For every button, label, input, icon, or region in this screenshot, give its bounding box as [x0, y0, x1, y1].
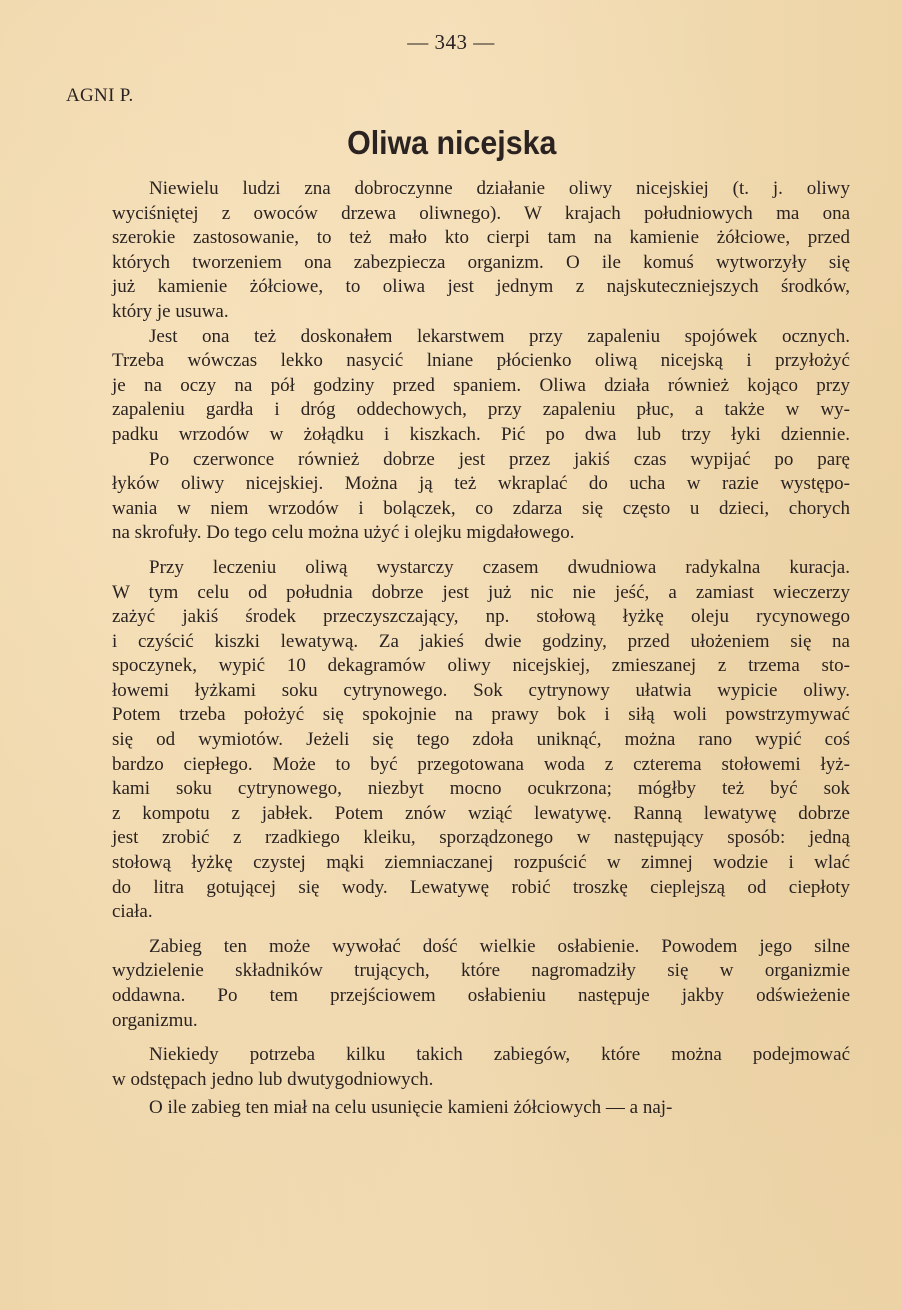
text-line: bardzo ciepłego. Może to być przegotowan…: [112, 753, 850, 778]
text-line: Jest ona też doskonałem lekarstwem przy …: [112, 325, 850, 350]
text-line: Niekiedy potrzeba kilku takich zabiegów,…: [112, 1043, 850, 1068]
text-line: wyciśniętej z owoców drzewa oliwnego). W…: [112, 202, 850, 227]
text-line: Potem trzeba położyć się spokojnie na pr…: [112, 703, 850, 728]
text-line: padku wrzodów w żołądku i kiszkach. Pić …: [112, 423, 850, 448]
text-line: organizmu.: [112, 1009, 850, 1034]
text-line: z kompotu z jabłek. Potem znów wziąć lew…: [112, 802, 850, 827]
text-line: W tym celu od południa dobrze jest już n…: [112, 581, 850, 606]
text-line: zapaleniu gardła i dróg oddechowych, prz…: [112, 398, 850, 423]
text-line: łowemi łyżkami soku cytrynowego. Sok cyt…: [112, 679, 850, 704]
text-line: których tworzeniem ona zabezpiecza organ…: [112, 251, 850, 276]
text-line: się od wymiotów. Jeżeli się tego zdoła u…: [112, 728, 850, 753]
text-line: Po czerwonce również dobrze jest przez j…: [112, 448, 850, 473]
scanned-book-page: — 343 — AGNI P. Oliwa nicejska Niewielu …: [0, 0, 902, 1310]
text-line: Niewielu ludzi zna dobroczynne działanie…: [112, 177, 850, 202]
paragraph: Niewielu ludzi zna dobroczynne działanie…: [112, 177, 850, 325]
article-body: Niewielu ludzi zna dobroczynne działanie…: [112, 177, 850, 1121]
text-line: łyków oliwy nicejskiej. Można ją też wkr…: [112, 472, 850, 497]
paragraph-gap: [112, 546, 850, 556]
text-line: spoczynek, wypić 10 dekagramów oliwy nic…: [112, 654, 850, 679]
text-line: szerokie zastosowanie, to też mało kto c…: [112, 226, 850, 251]
text-line: wydzielenie składników trujących, które …: [112, 959, 850, 984]
paragraph-gap: [112, 925, 850, 935]
article-title: Oliwa nicejska: [37, 124, 867, 162]
text-line: Zabieg ten może wywołać dość wielkie osł…: [112, 935, 850, 960]
paragraph: Po czerwonce również dobrze jest przez j…: [112, 448, 850, 546]
paragraph: Jest ona też doskonałem lekarstwem przy …: [112, 325, 850, 448]
text-line: kami soku cytrynowego, niezbyt mocno ocu…: [112, 777, 850, 802]
text-line: jest zrobić z rzadkiego kleiku, sporządz…: [112, 826, 850, 851]
text-line: stołową łyżkę czystej mąki ziemniaczanej…: [112, 851, 850, 876]
text-line: Przy leczeniu oliwą wystarczy czasem dwu…: [112, 556, 850, 581]
text-line: wania w niem wrzodów i bolączek, co zdar…: [112, 497, 850, 522]
paragraph-gap: [112, 1033, 850, 1043]
text-line: oddawna. Po tem przejściowem osłabieniu …: [112, 984, 850, 1009]
paragraph: Niekiedy potrzeba kilku takich zabiegów,…: [112, 1043, 850, 1092]
text-line: w odstępach jedno lub dwutygodniowych.: [112, 1068, 850, 1093]
text-line: na skrofuły. Do tego celu można użyć i o…: [112, 521, 850, 546]
page-number: — 343 —: [0, 30, 902, 55]
paragraph: O ile zabieg ten miał na celu usunięcie …: [112, 1096, 850, 1121]
text-line: O ile zabieg ten miał na celu usunięcie …: [112, 1096, 850, 1121]
paragraph: Przy leczeniu oliwą wystarczy czasem dwu…: [112, 556, 850, 925]
text-line: zażyć jakiś środek przeczyszczający, np.…: [112, 605, 850, 630]
text-line: je na oczy na pół godziny przed spaniem.…: [112, 374, 850, 399]
text-line: Trzeba wówczas lekko nasycić lniane płóc…: [112, 349, 850, 374]
author-name: AGNI P.: [66, 85, 134, 107]
paragraph: Zabieg ten może wywołać dość wielkie osł…: [112, 935, 850, 1033]
text-line: i czyścić kiszki lewatywą. Za jakieś dwi…: [112, 630, 850, 655]
text-line: już kamienie żółciowe, to oliwa jest jed…: [112, 275, 850, 300]
text-line: który je usuwa.: [112, 300, 850, 325]
text-line: do litra gotującej się wody. Lewatywę ro…: [112, 876, 850, 901]
text-line: ciała.: [112, 900, 850, 925]
